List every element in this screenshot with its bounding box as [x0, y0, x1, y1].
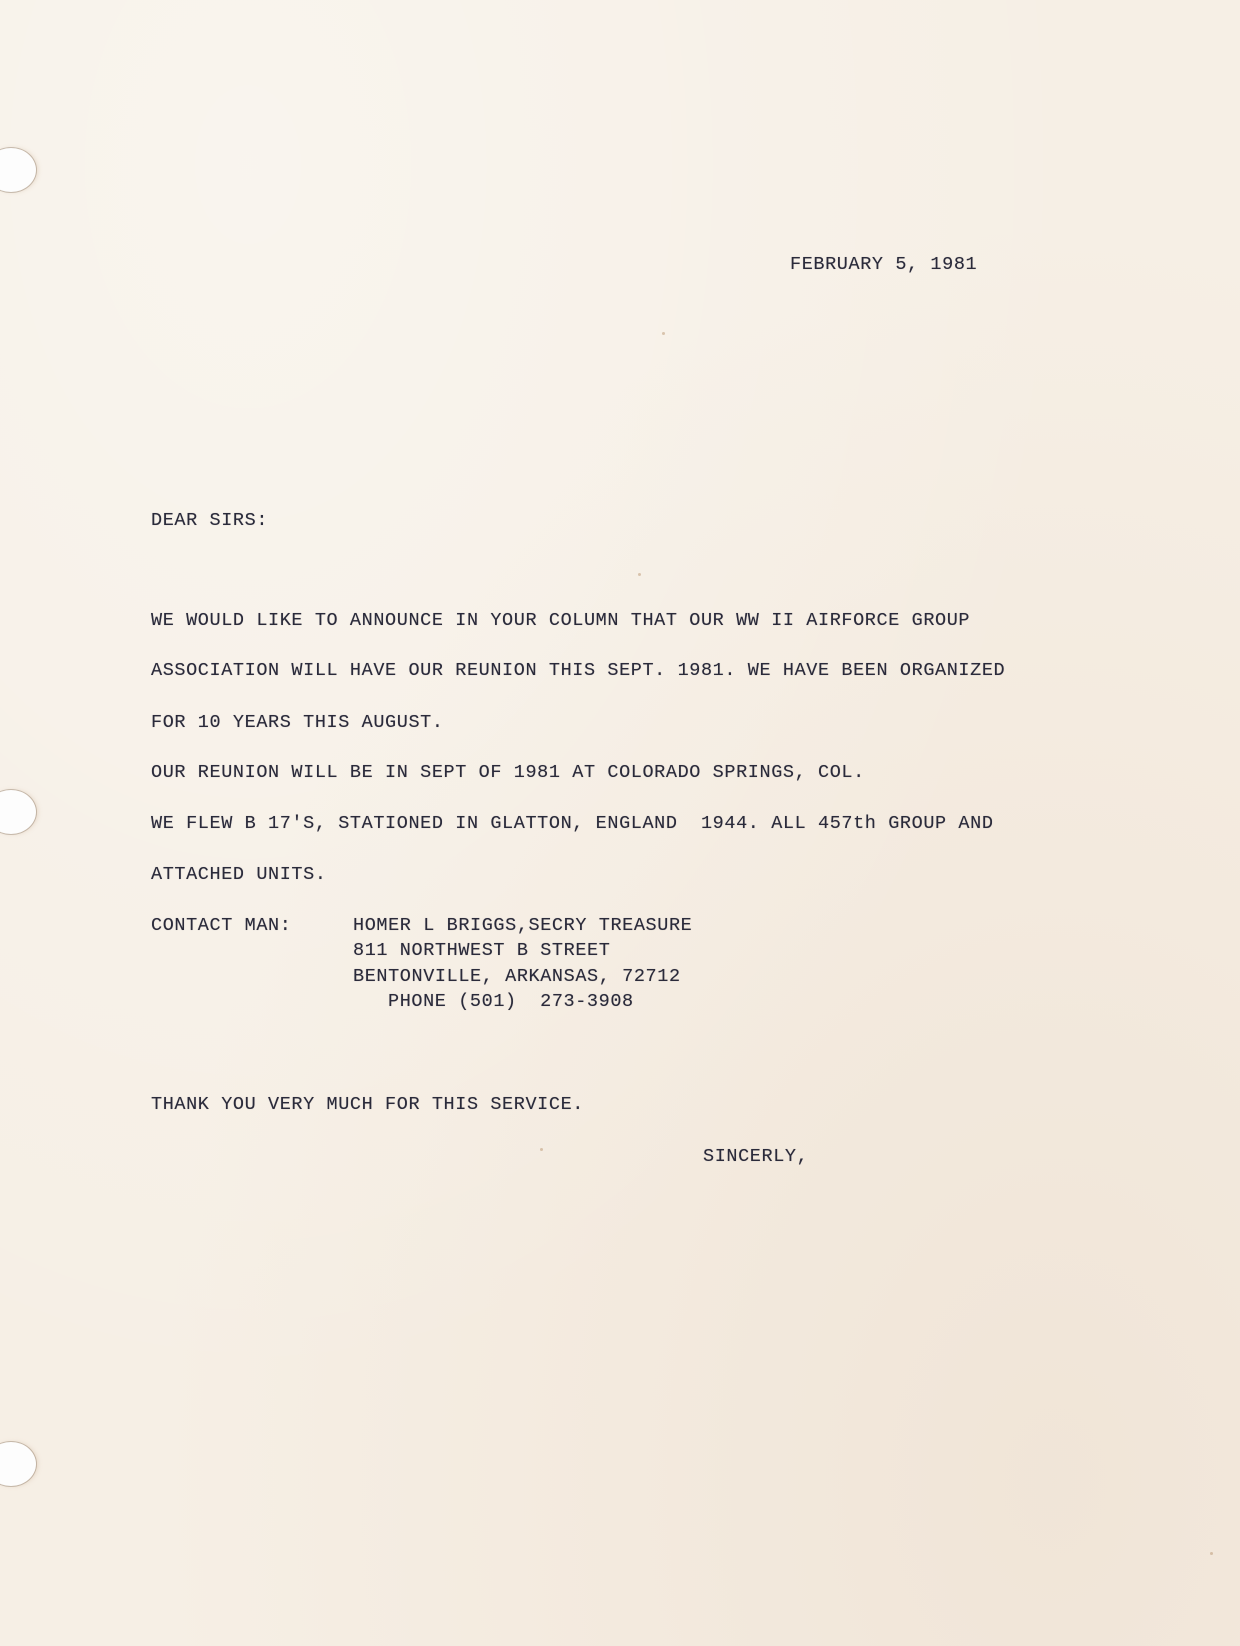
body-line: ATTACHED UNITS. [151, 864, 327, 886]
punch-hole-top [0, 148, 36, 192]
paper-speck [540, 1148, 543, 1151]
contact-street: 811 NORTHWEST B STREET [353, 940, 610, 962]
contact-city: BENTONVILLE, ARKANSAS, 72712 [353, 966, 681, 988]
closing-thanks: THANK YOU VERY MUCH FOR THIS SERVICE. [151, 1094, 584, 1116]
sign-off: SINCERLY, [703, 1146, 808, 1168]
paper-speck [1210, 1552, 1213, 1555]
body-line: WE WOULD LIKE TO ANNOUNCE IN YOUR COLUMN… [151, 610, 970, 632]
body-line: OUR REUNION WILL BE IN SEPT OF 1981 AT C… [151, 762, 865, 784]
contact-phone: PHONE (501) 273-3908 [388, 991, 634, 1013]
letter-date: FEBRUARY 5, 1981 [790, 254, 977, 276]
contact-name: HOMER L BRIGGS,SECRY TREASURE [353, 915, 692, 937]
body-line: FOR 10 YEARS THIS AUGUST. [151, 712, 444, 734]
salutation: DEAR SIRS: [151, 510, 268, 532]
paper-speck [638, 573, 641, 576]
body-line: WE FLEW B 17'S, STATIONED IN GLATTON, EN… [151, 813, 994, 835]
punch-hole-middle [0, 790, 36, 834]
punch-hole-bottom [0, 1442, 36, 1486]
paper-speck [662, 332, 665, 335]
body-line: ASSOCIATION WILL HAVE OUR REUNION THIS S… [151, 660, 1005, 682]
letter-page: FEBRUARY 5, 1981 DEAR SIRS: WE WOULD LIK… [0, 0, 1240, 1646]
contact-label: CONTACT MAN: [151, 915, 291, 937]
